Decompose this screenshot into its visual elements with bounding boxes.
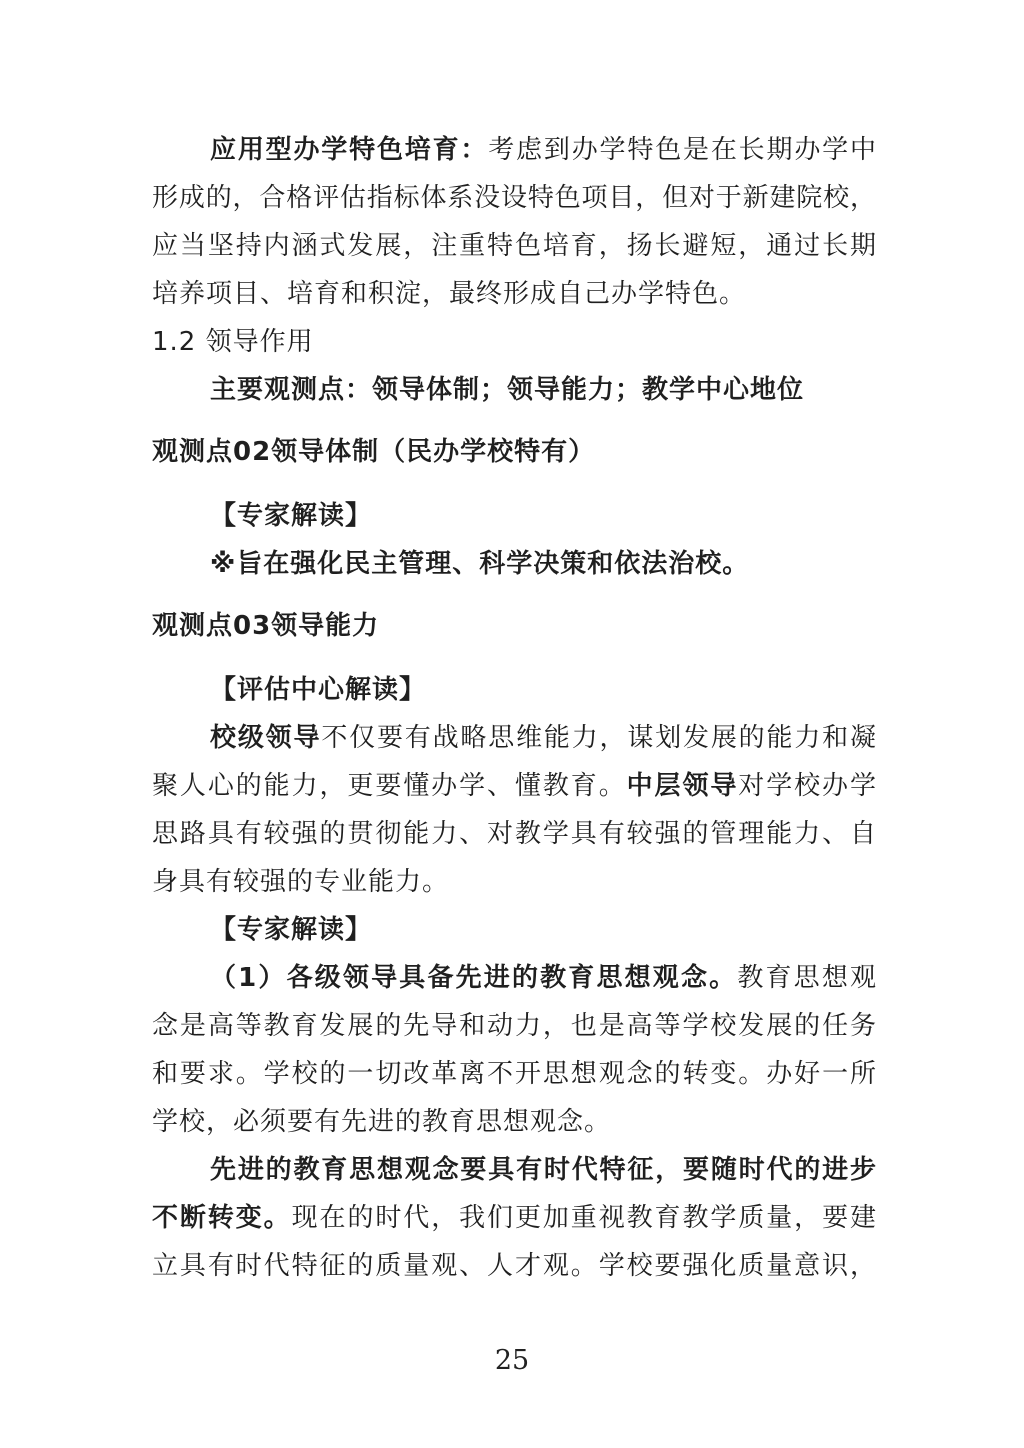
para-leader-line-2-text-c: 对学校办学: [738, 771, 876, 801]
para-era-line-2-text: 现在的时代，我们更加重视教育教学质量，要建: [292, 1203, 876, 1233]
para-leader-line-1: 校级领导不仅要有战略思维能力，谋划发展的能力和凝: [152, 714, 876, 762]
para-feature-line-3: 应当坚持内涵式发展，注重特色培育，扬长避短，通过长期: [152, 222, 876, 270]
obs02-heading: 观测点02领导体制（民办学校特有）: [152, 428, 876, 476]
obs03-heading: 观测点03领导能力: [152, 602, 876, 650]
para-thought-line-3: 和要求。学校的一切改革离不开思想观念的转变。办好一所: [152, 1050, 876, 1098]
para-feature-line-1: 应用型办学特色培育：考虑到办学特色是在长期办学中: [152, 126, 876, 174]
expert-label-1: 【专家解读】: [152, 492, 876, 540]
para-era-line-3: 立具有时代特征的质量观、人才观。学校要强化质量意识，: [152, 1242, 876, 1290]
center-label: 【评估中心解读】: [152, 666, 876, 714]
para-thought-line-4: 学校，必须要有先进的教育思想观念。: [152, 1098, 876, 1146]
para-thought-lead: （1）各级领导具备先进的教育思想观念。: [210, 963, 737, 993]
page-number: 25: [0, 1345, 1024, 1376]
para-era-bold-2: 不断转变。: [152, 1203, 292, 1233]
para-leader-line-1-text: 不仅要有战略思维能力，谋划发展的能力和凝: [321, 723, 876, 753]
para-thought-line-2: 念是高等教育发展的先导和动力，也是高等学校发展的任务: [152, 1002, 876, 1050]
para-feature-lead: 应用型办学特色培育：: [210, 135, 488, 165]
para-era-bold-1: 先进的教育思想观念要具有时代特征，要随时代的进步: [210, 1155, 876, 1185]
document-body: 应用型办学特色培育：考虑到办学特色是在长期办学中 形成的，合格评估指标体系没设特…: [152, 126, 876, 1290]
para-leader-bold-2: 中层领导: [627, 771, 739, 801]
para-thought-line-1-text: 教育思想观: [737, 963, 876, 993]
document-page: 应用型办学特色培育：考虑到办学特色是在长期办学中 形成的，合格评估指标体系没设特…: [0, 0, 1024, 1448]
expert-label-2: 【专家解读】: [152, 906, 876, 954]
expert-note-1: ※旨在强化民主管理、科学决策和依法治校。: [152, 540, 876, 588]
para-leader-line-2-text-a: 聚人心的能力，更要懂办学、懂教育。: [152, 771, 627, 801]
section-heading-1-2: 1.2 领导作用: [152, 318, 876, 366]
para-feature-line-2: 形成的，合格评估指标体系没设特色项目，但对于新建院校，: [152, 174, 876, 222]
para-feature-line-1-text: 考虑到办学特色是在长期办学中: [488, 135, 876, 165]
para-thought-line-1: （1）各级领导具备先进的教育思想观念。教育思想观: [152, 954, 876, 1002]
para-leader-line-3: 思路具有较强的贯彻能力、对教学具有较强的管理能力、自: [152, 810, 876, 858]
para-era-line-2: 不断转变。现在的时代，我们更加重视教育教学质量，要建: [152, 1194, 876, 1242]
para-leader-line-2: 聚人心的能力，更要懂办学、懂教育。中层领导对学校办学: [152, 762, 876, 810]
para-leader-bold-1: 校级领导: [210, 723, 321, 753]
para-leader-line-4: 身具有较强的专业能力。: [152, 858, 876, 906]
observation-points-line: 主要观测点：领导体制；领导能力；教学中心地位: [152, 366, 876, 414]
para-era-line-1: 先进的教育思想观念要具有时代特征，要随时代的进步: [152, 1146, 876, 1194]
para-feature-line-4: 培养项目、培育和积淀，最终形成自己办学特色。: [152, 270, 876, 318]
